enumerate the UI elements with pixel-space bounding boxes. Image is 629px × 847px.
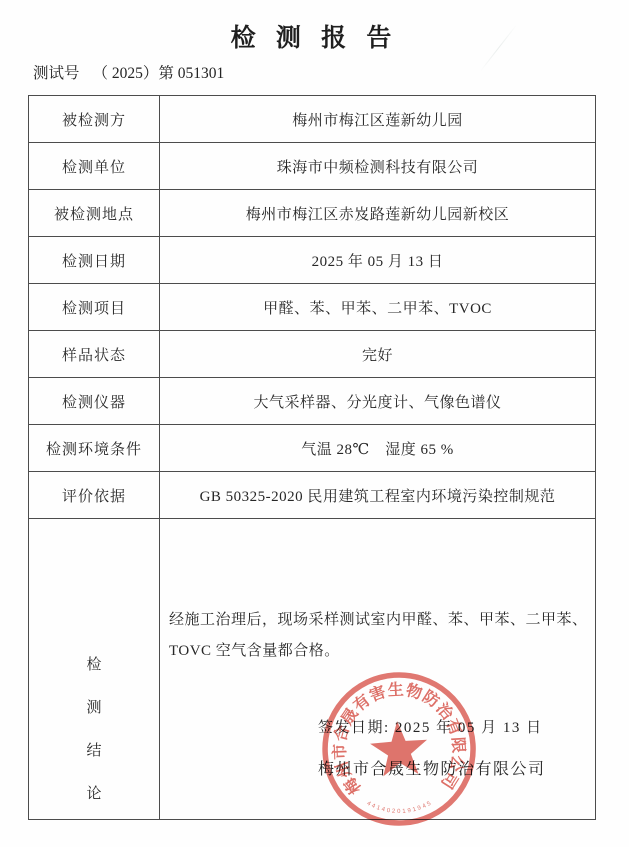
table-row: 检测日期 2025 年 05 月 13 日 <box>29 237 596 284</box>
conclusion-text: 经施工治理后，现场采样测试室内甲醛、苯、甲苯、二甲苯、TOVC 空气含量都合格。 <box>169 605 590 667</box>
conclusion-label-char: 结 <box>86 739 101 760</box>
report-page: 检 测 报 告 测试号（ 2025）第 051301 被检测方 梅州市梅江区莲新… <box>0 0 629 847</box>
signature-block: 签发日期: 2025 年 05 月 13 日 梅州市合晟生物防治有限公司 <box>318 716 546 779</box>
row-label: 检测环境条件 <box>29 425 160 472</box>
row-label: 检测日期 <box>29 237 160 284</box>
row-label: 评价依据 <box>29 472 160 519</box>
conclusion-label-char: 论 <box>86 782 101 803</box>
row-value: 梅州市梅江区赤岌路莲新幼儿园新校区 <box>160 190 596 237</box>
report-number-label: 测试号 <box>33 65 80 82</box>
sign-company: 梅州市合晟生物防治有限公司 <box>318 756 546 779</box>
row-label: 被检测方 <box>29 96 160 143</box>
row-value: 2025 年 05 月 13 日 <box>160 237 596 284</box>
row-value: 梅州市梅江区莲新幼儿园 <box>160 96 596 143</box>
report-number-value: （ 2025）第 051301 <box>93 65 225 82</box>
conclusion-row: 检 测 结 论 经施工治理后，现场采样测试室内甲醛、苯、甲苯、二甲苯、TOVC … <box>29 519 596 820</box>
page-title: 检 测 报 告 <box>0 18 629 54</box>
sign-date: 签发日期: 2025 年 05 月 13 日 <box>318 716 546 737</box>
row-value: 甲醛、苯、甲苯、二甲苯、TVOC <box>160 284 596 331</box>
conclusion-label-chars: 检 测 结 论 <box>33 535 155 803</box>
table-row: 评价依据 GB 50325-2020 民用建筑工程室内环境污染控制规范 <box>29 472 596 519</box>
row-value: 完好 <box>160 331 596 378</box>
conclusion-label-char: 测 <box>86 696 101 717</box>
table-row: 样品状态 完好 <box>29 331 596 378</box>
report-table: 被检测方 梅州市梅江区莲新幼儿园 检测单位 珠海市中频检测科技有限公司 被检测地… <box>28 95 596 820</box>
table-row: 检测环境条件 气温 28℃ 湿度 65 % <box>29 425 596 472</box>
row-label: 检测项目 <box>29 284 160 331</box>
row-value: GB 50325-2020 民用建筑工程室内环境污染控制规范 <box>160 472 596 519</box>
row-label: 检测单位 <box>29 143 160 190</box>
conclusion-label: 检 测 结 论 <box>29 519 160 820</box>
table-row: 检测单位 珠海市中频检测科技有限公司 <box>29 143 596 190</box>
row-label: 检测仪器 <box>29 378 160 425</box>
table-row: 被检测地点 梅州市梅江区赤岌路莲新幼儿园新校区 <box>29 190 596 237</box>
row-value: 气温 28℃ 湿度 65 % <box>160 425 596 472</box>
table-row: 检测项目 甲醛、苯、甲苯、二甲苯、TVOC <box>29 284 596 331</box>
report-number-line: 测试号（ 2025）第 051301 <box>33 61 224 83</box>
row-value: 珠海市中频检测科技有限公司 <box>160 143 596 190</box>
row-label: 样品状态 <box>29 331 160 378</box>
table-row: 被检测方 梅州市梅江区莲新幼儿园 <box>29 96 596 143</box>
conclusion-label-char: 检 <box>86 653 101 674</box>
table-row: 检测仪器 大气采样器、分光度计、气像色谱仪 <box>29 378 596 425</box>
row-label: 被检测地点 <box>29 190 160 237</box>
conclusion-cell: 经施工治理后，现场采样测试室内甲醛、苯、甲苯、二甲苯、TOVC 空气含量都合格。… <box>160 519 596 820</box>
row-value: 大气采样器、分光度计、气像色谱仪 <box>160 378 596 425</box>
